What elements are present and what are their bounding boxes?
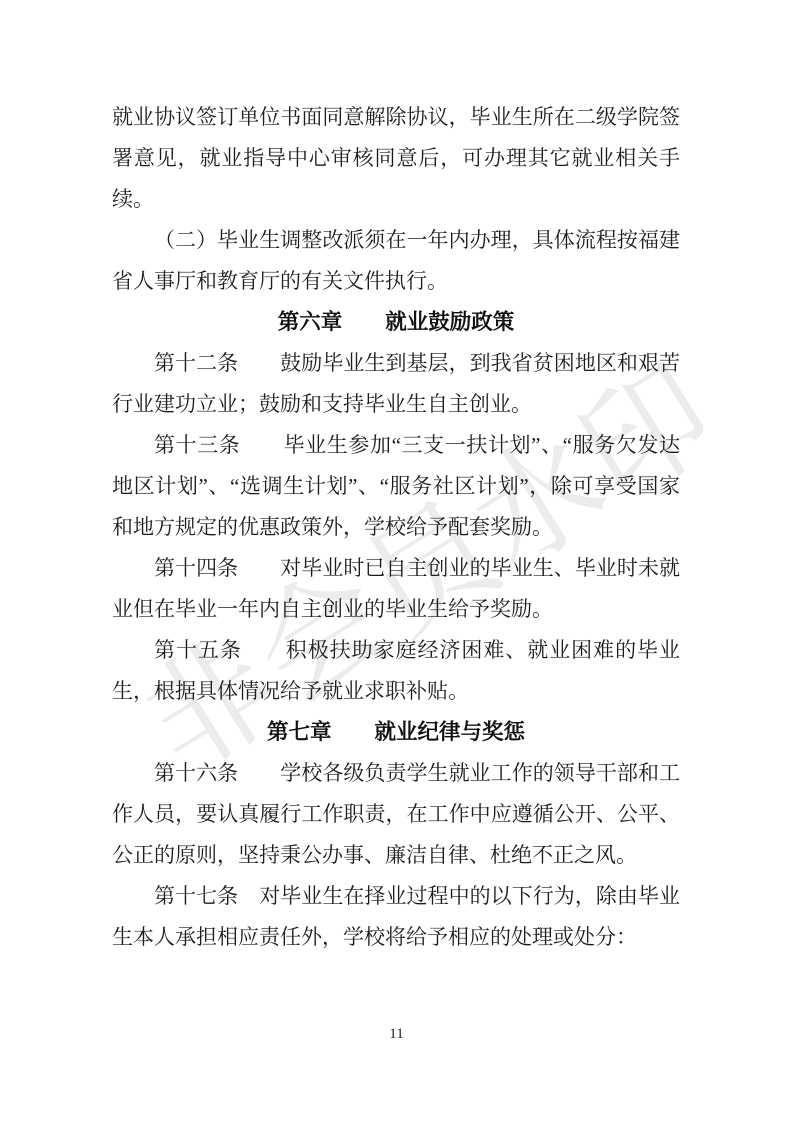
paragraph-agreement-termination: 就业协议签订单位书面同意解除协议，毕业生所在二级学院签署意见，就业指导中心审核同…	[112, 97, 680, 220]
paragraph-article-13: 第十三条 毕业生参加“三支一扶计划”、“服务欠发达地区计划”、“选调生计划”、“…	[112, 425, 680, 548]
paragraph-article-16: 第十六条 学校各级负责学生就业工作的领导干部和工作人员，要认真履行工作职责，在工…	[112, 753, 680, 876]
chapter-6-heading: 第六章 就业鼓励政策	[112, 302, 680, 343]
paragraph-article-17: 第十七条 对毕业生在择业过程中的以下行为，除由毕业生本人承担相应责任外，学校将给…	[112, 876, 680, 958]
document-body: 就业协议签订单位书面同意解除协议，毕业生所在二级学院签署意见，就业指导中心审核同…	[112, 97, 680, 958]
paragraph-article-12: 第十二条 鼓励毕业生到基层，到我省贫困地区和艰苦行业建功立业；鼓励和支持毕业生自…	[112, 343, 680, 425]
page-number: 11	[0, 1024, 793, 1044]
paragraph-article-15: 第十五条 积极扶助家庭经济困难、就业困难的毕业生，根据具体情况给予就业求职补贴。	[112, 630, 680, 712]
document-page: 非会员水印 就业协议签订单位书面同意解除协议，毕业生所在二级学院签署意见，就业指…	[0, 0, 793, 1122]
chapter-7-heading: 第七章 就业纪律与奖惩	[112, 712, 680, 753]
paragraph-reassignment-item-2: （二）毕业生调整改派须在一年内办理，具体流程按福建省人事厅和教育厅的有关文件执行…	[112, 220, 680, 302]
paragraph-article-14: 第十四条 对毕业时已自主创业的毕业生、毕业时未就业但在毕业一年内自主创业的毕业生…	[112, 548, 680, 630]
